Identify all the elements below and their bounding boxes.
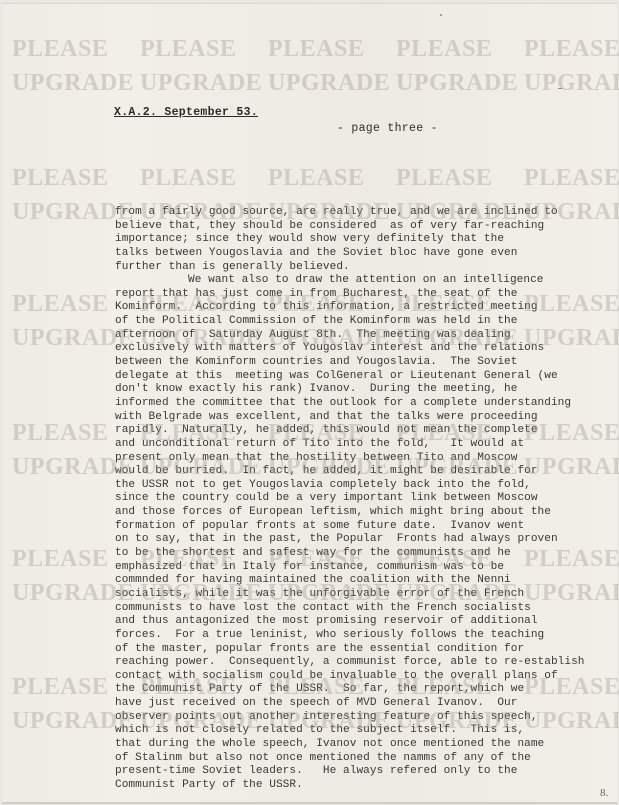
text-line: believe that, they should be considered …: [115, 220, 615, 234]
text-line: socialists, while it was the unforgivabl…: [115, 588, 615, 602]
text-line: further than is generally believed.: [115, 261, 615, 275]
document-reference: X.A.2. September 53.: [114, 106, 258, 119]
text-line: commnded for having maintained the coali…: [115, 574, 615, 588]
text-line: don't know exactly his rank) Ivanov. Dur…: [115, 383, 615, 397]
text-line: Communist Party of the USSR.: [115, 779, 615, 793]
scan-speck: [558, 88, 562, 89]
text-line: since the country could be a very import…: [115, 492, 615, 506]
text-line-paragraph-start: We want also to draw the attention on an…: [115, 274, 615, 288]
text-line: forces. For a true leninist, who serious…: [115, 629, 615, 643]
page-label: - page three -: [337, 122, 438, 135]
text-line: talks between Yougoslavia and the Soviet…: [115, 247, 615, 261]
text-line: have just received on the speech of MVD …: [115, 697, 615, 711]
text-line: present only mean that the hostility bet…: [115, 452, 615, 466]
text-line: afternoon of Saturday August 8th. The me…: [115, 329, 615, 343]
text-line: present-time Soviet leaders. He always r…: [115, 765, 615, 779]
text-line: the USSR not to get Yougoslavia complete…: [115, 479, 615, 493]
text-line: the Communist Party of the USSR. So far,…: [115, 683, 615, 697]
text-line: Kominform. According to this information…: [115, 301, 615, 315]
text-line: and those forces of European leftism, wh…: [115, 506, 615, 520]
document-body: from a fairly good source, are really tr…: [115, 206, 615, 793]
text-line: between the Kominform countries and Youg…: [115, 356, 615, 370]
text-line: formation of popular fronts at some futu…: [115, 520, 615, 534]
text-line: that during the whole speech, Ivanov not…: [115, 738, 615, 752]
text-line: would be burried. In fact, he added, it …: [115, 465, 615, 479]
text-line: report that has just come in from Buchar…: [115, 288, 615, 302]
text-line: of the Political Commission of the Komin…: [115, 315, 615, 329]
text-line: with Belgrade was excellent, and that th…: [115, 411, 615, 425]
text-line: from a fairly good source, are really tr…: [115, 206, 615, 220]
text-line: rapidly. Naturally, he added, this would…: [115, 424, 615, 438]
text-line: and unconditional return of Tito into th…: [115, 438, 615, 452]
text-line: exclusively with matters of Yougoslav in…: [115, 342, 615, 356]
text-line: contact with socialism could be invaluab…: [115, 670, 615, 684]
text-line: emphasized that in Italy for instance, c…: [115, 561, 615, 575]
text-line: informed the committee that the outlook …: [115, 397, 615, 411]
text-line: delegate at this meeting was ColGeneral …: [115, 370, 615, 384]
text-line: which is not closely related to the subj…: [115, 724, 615, 738]
text-line: to be the shortest and safest way for th…: [115, 547, 615, 561]
text-line: reaching power. Consequently, a communis…: [115, 656, 615, 670]
scan-speck: [440, 14, 442, 16]
text-line: importance; since they would show very d…: [115, 233, 615, 247]
text-line: of Stalinm but also not once mentioned t…: [115, 752, 615, 766]
text-line: of the master, popular fronts are the es…: [115, 643, 615, 657]
page-number: 8.: [600, 787, 608, 799]
text-line: and thus antagonized the most promising …: [115, 615, 615, 629]
text-line: communists to have lost the contact with…: [115, 602, 615, 616]
text-line: observer points out another interesting …: [115, 711, 615, 725]
text-line: on to say, that in the past, the Popular…: [115, 533, 615, 547]
